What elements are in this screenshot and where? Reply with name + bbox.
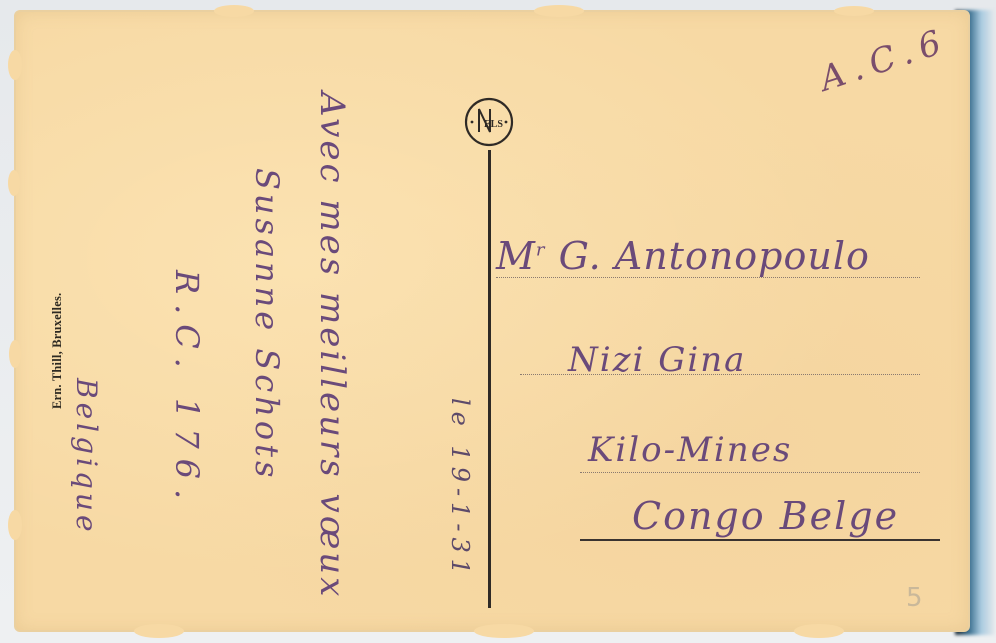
address-line-4: Congo Belge	[632, 494, 899, 538]
address-line-1: Mr G. Antonopoulo	[496, 234, 870, 278]
address-divider-line	[488, 150, 491, 608]
address-title-sup: r	[536, 239, 546, 260]
address-title: M	[496, 234, 536, 278]
address-line-3: Kilo-Mines	[588, 430, 792, 470]
deckle-edge	[534, 5, 584, 17]
address-name: G. Antonopoulo	[546, 234, 870, 278]
deckle-edge	[8, 510, 22, 540]
deckle-edge	[834, 6, 874, 16]
address-rule-3	[580, 472, 920, 473]
message-line-3: R.C. 176.	[168, 270, 206, 509]
deckle-edge	[794, 624, 844, 638]
publisher-imprint: Ern. Thill, Bruxelles.	[50, 246, 72, 456]
deckle-edge	[214, 5, 254, 17]
svg-text:ELS: ELS	[484, 119, 503, 130]
message-line-4: Belgique	[70, 378, 103, 536]
postcard-stage: Ern. Thill, Bruxelles. ELS A.C.6 5 Avec …	[0, 0, 996, 643]
deckle-edge	[8, 50, 22, 80]
address-rule-4	[580, 539, 940, 541]
pencil-mark: 5	[906, 583, 923, 613]
deckle-edge	[134, 624, 184, 638]
deckle-edge	[9, 340, 21, 368]
nels-logo-icon: ELS	[463, 96, 515, 148]
message-line-2: Susanne Schots	[248, 168, 286, 481]
deckle-edge	[8, 170, 20, 196]
deckle-edge	[474, 624, 534, 638]
date: le 19-1-31	[446, 398, 474, 580]
message-line-1: Avec mes meilleurs vœux	[312, 92, 352, 599]
address-line-2: Nizi Gina	[568, 340, 746, 380]
